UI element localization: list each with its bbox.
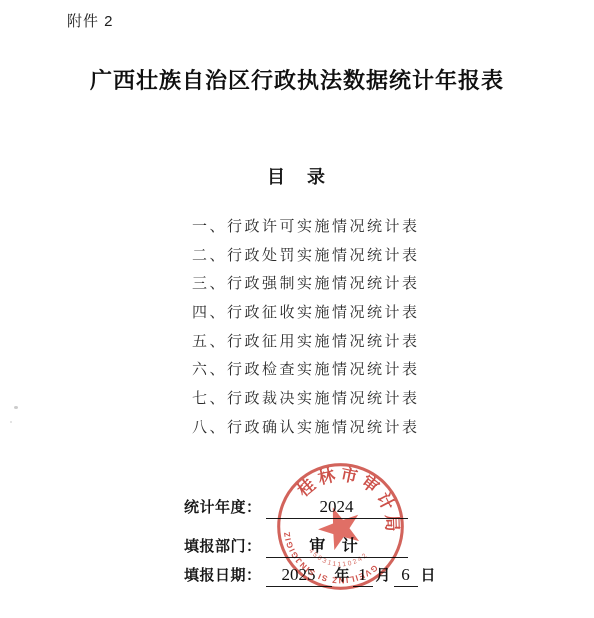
- scan-artifact: [10, 421, 12, 423]
- seal-serial-number: 450311110242: [307, 547, 370, 568]
- toc-heading: 目 录: [0, 163, 594, 189]
- scan-artifact: [14, 406, 18, 409]
- attachment-label: 附件 2: [67, 10, 114, 31]
- stat-year-label: 统计年度：: [184, 496, 262, 519]
- toc-item: 四、行政征收实施情况统计表: [192, 297, 420, 326]
- toc-list: 一、行政许可实施情况统计表二、行政处罚实施情况统计表三、行政强制实施情况统计表四…: [192, 211, 420, 441]
- document-page: 附件 2 广西壮族自治区行政执法数据统计年报表 目 录 一、行政许可实施情况统计…: [0, 0, 594, 618]
- toc-item: 三、行政强制实施情况统计表: [192, 268, 420, 297]
- date-day-unit: 日: [418, 564, 439, 587]
- toc-item: 一、行政许可实施情况统计表: [192, 211, 420, 240]
- date-label: 填报日期：: [184, 564, 262, 587]
- department-label: 填报部门：: [184, 535, 262, 558]
- toc-item: 二、行政处罚实施情况统计表: [192, 240, 420, 269]
- toc-item: 七、行政裁决实施情况统计表: [192, 383, 420, 412]
- official-seal: 桂林市审计局 GVEILINZ SI SINJGIGIZ 45031111024…: [269, 455, 412, 598]
- toc-item: 五、行政征用实施情况统计表: [192, 326, 420, 355]
- toc-item: 六、行政检查实施情况统计表: [192, 354, 420, 383]
- document-title: 广西壮族自治区行政执法数据统计年报表: [0, 64, 594, 95]
- toc-item: 八、行政确认实施情况统计表: [192, 412, 420, 441]
- seal-star: [313, 500, 367, 553]
